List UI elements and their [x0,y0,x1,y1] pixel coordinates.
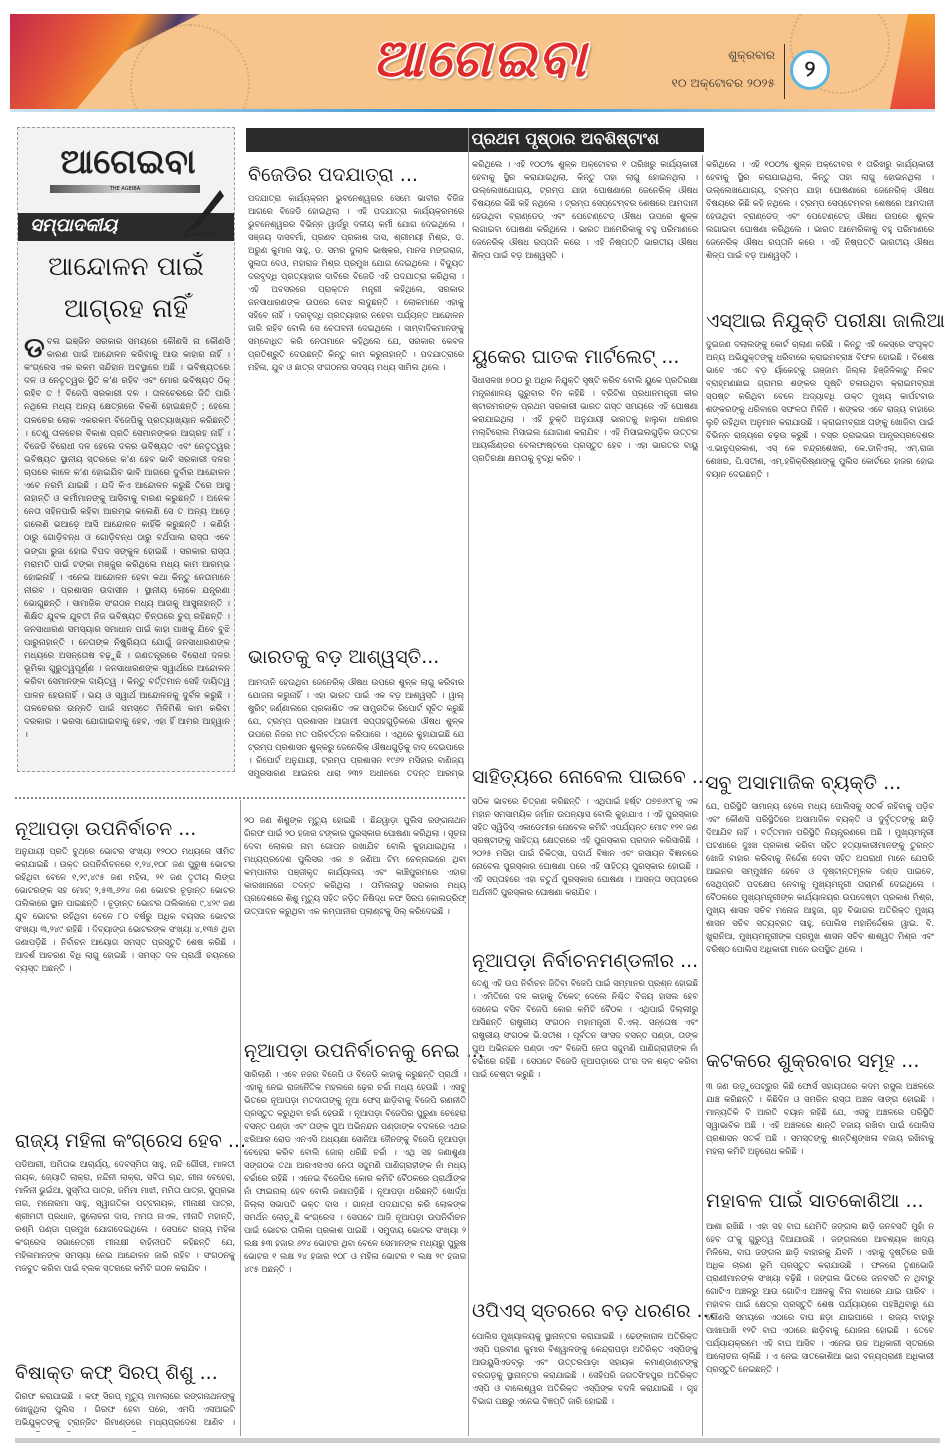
editorial-box: ଆଗେଇବା THE AGEIBA ସମ୍ପାଦକୀୟ ଆନ୍ଦୋଳନ ପାଇଁ… [17,127,235,772]
article-body-uk-martlet: ସିଧାସଳଖ ୭୦୦ ରୁ ଅଧିକ ନିଯୁକ୍ତି ସୃଷ୍ଟି କରିବ… [472,374,698,759]
headline-nuapada-byelection-2[interactable]: ନୂଆପଡ଼ା ଉପନିର୍ବାଚନକୁ ନେଇ ... [244,1040,484,1062]
article-body-nuapada-constituency: ତେଣୁ ଏହି ଉପ ନିର୍ବାଚନ ଜିତିବା ବିଜେପି ପାଇଁ … [472,977,698,1267]
headline-india-relief[interactable]: ଭାରତକୁ ବଡ଼ ଆଶ୍ୱସ୍ତି... [248,646,439,668]
newspaper-logo: ଆଗେଇବା [340,28,620,90]
headline-nuapada-constituency[interactable]: ନୂଆପଡ଼ା ନିର୍ବାଚନମଣ୍ଡଳୀର ... [472,950,698,972]
editorial-dropcap: ଡ [24,336,45,360]
editorial-body: ଡବଲ ଇଞ୍ଜିନ ସରକାର ସମୟରେ କୌଣସି ନା କୌଣସି କା… [24,336,230,766]
article-body-cough-syrup-cont: ୨୦ ଜଣ ଶିଶୁଙ୍କ ମୃତ୍ୟୁ ହୋଇଛି । ଛିନ୍ଦୱାଡ଼ା … [244,814,466,1010]
issue-date: ୧୦ ଅକ୍ଟୋବର ୨୦୨୫ [672,76,775,91]
headline-ops-reshuffle[interactable]: ଓପିଏସ୍ ସ୍ତରରେ ବଡ଼ ଧରଣର ... [472,1300,715,1322]
issue-day: ଶୁକ୍ରବାର [728,48,775,63]
masthead-banner: ଆଗେଇବା ଶୁକ୍ରବାର ୧୦ ଅକ୍ଟୋବର ୨୦୨୫ ୨ [10,14,935,109]
editorial-title-line1: ଆନ୍ଦୋଳନ ପାଇଁ [18,246,234,288]
headline-mahila-congress[interactable]: ରାଜ୍ୟ ମହିଳା କଂଗ୍ରେସ ହେବ ... [15,1130,246,1152]
section-divider [15,797,465,799]
article-body-nuapada-byelection-2: ସାରିଲାଣି । ଏବେ ନଜର ବିଜେପି ଓ ବିଜେଡି କାହାକ… [244,1068,466,1434]
article-body-nuapada-byelection: ଅନୁଯାୟୀ ପ୍ରତି ବୁଥ୍‌ରେ ଭୋଟର ସଂଖ୍ୟା ୧୨୦୦ ମ… [15,845,235,1115]
editorial-band-label: ସମ୍ପାଦକୀୟ [30,215,117,236]
masthead-divider [784,44,786,99]
article-body-cough-syrup: ଗିରଫ କରାଯାଇଛି । କଫ୍ ସିରପ୍ ମୃତ୍ୟୁ ମାମଲାରେ… [15,1390,235,1432]
headline-cough-syrup[interactable]: ବିଷାକ୍ତ କଫ୍ ସିରପ୍ ଶିଶୁ ... [15,1362,218,1384]
article-body-first-page-cont-2: କରିଥିଲେ । ଏହି ୧୦୦% ଶୁଳ୍କ ଅକ୍ଟୋବର ୧ ତାରିଖ… [706,158,934,298]
editorial-text: ବଲ ଇଞ୍ଜିନ ସରକାର ସମୟରେ କୌଣସି ନା କୌଣସି କାର… [24,337,230,740]
article-body-india-relief: ଆମଦାନି ହେଉଥିବା ଜେନେରିକ୍ ଔଷଧ ଉପରେ ଶୁଳ୍କ ଲ… [248,676,464,780]
headline-mahabal-satkosia[interactable]: ମହାବଳ ପାଇଁ ସାତକୋଶିଆ ... [706,1190,924,1212]
page-number-badge: ୨ [790,50,830,90]
fountain-pen-icon [184,188,224,238]
column-rule [240,800,241,1436]
column-rule [702,155,703,1436]
page-bottom-band [15,1438,940,1443]
article-body-first-page-cont: କରିଥିଲେ । ଏହି ୧୦୦% ଶୁଳ୍କ ଅକ୍ଟୋବର ୧ ତାରିଖ… [472,158,698,328]
editorial-paper-logo: ଆଗେଇବା [48,138,208,186]
article-body-si-recruitment-exam: ଦୁଇଜଣ ଦଲାଲଙ୍କୁ କୋର୍ଟ ଚାଲାଣ କରିଛି । କିନ୍ତ… [706,338,934,736]
masthead-underline [10,109,935,112]
headline-bjd-padayatra[interactable]: ବିଜେଡିର ପଦଯାତ୍ରା ... [248,164,418,186]
column-rule [468,128,469,1436]
headline-literature-nobel[interactable]: ସାହିତ୍ୟରେ ନୋବେଲ ପାଇବେ ... [472,766,710,788]
editorial-paper-logo-sub: THE AGEIBA [50,185,200,193]
article-body-literature-nobel: ସଠିକ ଭାବରେ ଚିତ୍ରଣ କରିଛନ୍ତି । ଏଥିପାଇଁ ହର୍… [472,795,698,925]
headline-cuttack-friday[interactable]: କଟକରେ ଶୁକ୍ରବାର ସମୂହ ... [706,1050,919,1072]
headline-antisocial-persons[interactable]: ସବୁ ଅସାମାଜିକ ବ୍ୟକ୍ତି ... [706,772,901,794]
editorial-title: ଆନ୍ଦୋଳନ ପାଇଁ ଆଗ୍ରହ ନାହିଁ [18,246,234,330]
editorial-title-line2: ଆଗ୍ରହ ନାହିଁ [18,288,234,330]
headline-uk-martlet[interactable]: ୟୁକେର ଘାତକ ମାର୍ଟଲେଟ୍ ... [472,346,679,368]
headline-si-recruitment-exam[interactable]: ଏସ୍ଆଇ ନିଯୁକ୍ତି ପରୀକ୍ଷା ଜାଲିଆତି ... [706,310,945,332]
article-body-mahabal-satkosia: ଆଶା ରଖିଛି । ଏହା ସହ ବାଘ ଯେମିତି ଜଙ୍ଗଲ ଛାଡ଼… [706,1220,934,1434]
article-body-cuttack-friday: ୩ ଜଣ ଉଡ଼ୁପେଟ୍ରୁର କିଛି ଫୋର୍ସ ସହାୟତାରେ କଦମ… [706,1080,934,1176]
article-body-antisocial-persons: ଯେ, ପରିସ୍ଥିତି ସାମାନ୍ୟ ହେଲେ ମଧ୍ୟ ପୋଲିସକୁ … [706,800,934,1032]
decorative-wave-right [890,14,935,109]
headline-nuapada-byelection[interactable]: ନୂଆପଡ଼ା ଉପନିର୍ବାଚନ ... [15,818,196,840]
article-body-ops-reshuffle: ପୋଲିସ ମୁଖ୍ୟାଳୟକୁ ସ୍ଥାନାନ୍ତର କରାଯାଇଛି । ଢ… [472,1330,698,1434]
article-body-mahila-congress: ପଡିଆରୀ, ଅମିତାଭ ଆଚାର୍ଯ୍ୟ, ଦେବସ୍ମିତା ସାହୁ,… [15,1158,235,1348]
section-band-first-page-continued: ପ୍ରଥମ ପୃଷ୍ଠାର ଅବଶିଷ୍ଟାଂଶ [246,128,704,152]
section-band-label: ପ୍ରଥମ ପୃଷ୍ଠାର ଅବଶିଷ୍ଟାଂଶ [472,129,659,149]
article-body-bjd-padayatra: ପଦଯାତ୍ରା କାର୍ଯ୍ୟକ୍ରମ ଭୁବନେଶ୍ୱରର ସେମେ ଭାବ… [248,192,464,612]
